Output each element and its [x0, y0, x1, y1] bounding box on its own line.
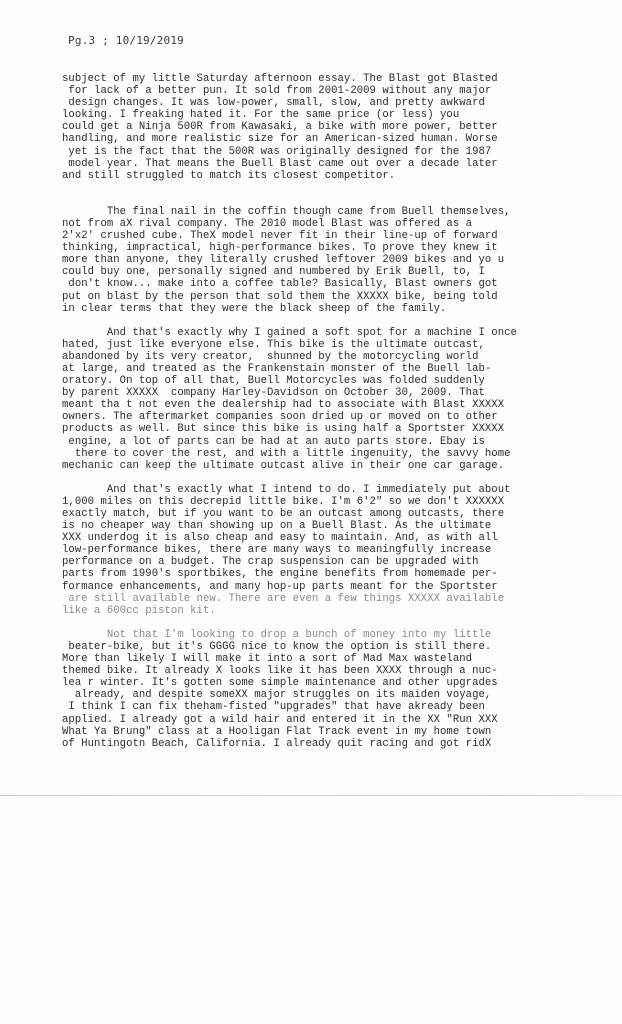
paragraph: And that's exactly what I intend to do. …: [62, 484, 622, 617]
paragraph-gap: [62, 472, 622, 484]
text-line: not from aX rival company. The 2010 mode…: [62, 218, 622, 230]
text-line: 1,000 miles on this decrepid little bike…: [62, 496, 622, 508]
text-line: abandoned by its very creator, shunned b…: [62, 351, 622, 363]
text-line: XXX underdog it is also cheap and easy t…: [62, 532, 622, 544]
text-line: for lack of a better pun. It sold from 2…: [62, 85, 622, 97]
text-line: beater-bike, but it's GGGG nice to know …: [62, 641, 622, 653]
text-line: exactly match, but if you want to be an …: [62, 508, 622, 520]
text-line: is no cheaper way than showing up on a B…: [62, 520, 622, 532]
text-line: more than anyone, they literally crushed…: [62, 254, 622, 266]
paragraph-gap: [62, 182, 622, 206]
text-line: performance on a budget. The crap suspen…: [62, 556, 622, 568]
text-line: parts from 1990's sportbikes, the engine…: [62, 568, 622, 580]
text-line: put on blast by the person that sold the…: [62, 291, 622, 303]
text-line: and still struggled to match its closest…: [62, 170, 622, 182]
text-line: by parent XXXXX company Harley-Davidson …: [62, 387, 622, 399]
text-line: applied. I already got a wild hair and e…: [62, 714, 622, 726]
text-line: there to cover the rest, and with a litt…: [62, 448, 622, 460]
text-line: owners. The aftermarket companies soon d…: [62, 411, 622, 423]
text-line: oratory. On top of all that, Buell Motor…: [62, 375, 622, 387]
text-line: And that's exactly why I gained a soft s…: [62, 327, 622, 339]
paragraph: subject of my little Saturday afternoon …: [62, 73, 622, 182]
text-line: at large, and treated as the Frankenstai…: [62, 363, 622, 375]
text-line: More than likely I will make it into a s…: [62, 653, 622, 665]
text-line: products as well. But since this bike is…: [62, 423, 622, 435]
text-line: 2'x2' crushed cube. TheX model never fit…: [62, 230, 622, 242]
text-line: And that's exactly what I intend to do. …: [62, 484, 622, 496]
text-line: yet is the fact that the 500R was origin…: [62, 146, 622, 158]
essay-body: subject of my little Saturday afternoon …: [62, 73, 622, 750]
text-line: formance enhancements, and many hop-up p…: [62, 581, 622, 593]
text-line: are still available new. There are even …: [62, 593, 622, 605]
text-line: already, and despite someXX major strugg…: [62, 689, 622, 701]
text-line: don't know... make into a coffee table? …: [62, 278, 622, 290]
text-line: looking. I freaking hated it. For the sa…: [62, 109, 622, 121]
paper-fold-line: [0, 795, 622, 796]
text-line: mechanic can keep the ultimate outcast a…: [62, 460, 622, 472]
page-number-and-date: Pg.3 ; 10/19/2019: [68, 34, 184, 47]
paragraph: The final nail in the coffin though came…: [62, 206, 622, 315]
text-line: subject of my little Saturday afternoon …: [62, 73, 622, 85]
text-line: design changes. It was low-power, small,…: [62, 97, 622, 109]
text-line: The final nail in the coffin though came…: [62, 206, 622, 218]
scanned-typewritten-page: Pg.3 ; 10/19/2019 subject of my little S…: [0, 0, 622, 1024]
text-line: What Ya Brung" class at a Hooligan Flat …: [62, 726, 622, 738]
text-line: thinking, impractical, high-performance …: [62, 242, 622, 254]
text-line: lea r winter. It's gotten some simple ma…: [62, 677, 622, 689]
text-line: engine, a lot of parts can be had at an …: [62, 436, 622, 448]
paragraph-gap: [62, 617, 622, 629]
text-line: I think I can fix theham-fisted "upgrade…: [62, 701, 622, 713]
text-line: could get a Ninja 500R from Kawasaki, a …: [62, 121, 622, 133]
text-line: handling, and more realistic size for an…: [62, 133, 622, 145]
text-line: themed bike. It already X looks like it …: [62, 665, 622, 677]
text-line: Not that I'm looking to drop a bunch of …: [62, 629, 622, 641]
text-line: in clear terms that they were the black …: [62, 303, 622, 315]
text-line: hated, just like everyone else. This bik…: [62, 339, 622, 351]
text-line: of Huntingotn Beach, California. I alrea…: [62, 738, 622, 750]
text-line: meant tha t not even the dealership had …: [62, 399, 622, 411]
paragraph: And that's exactly why I gained a soft s…: [62, 327, 622, 472]
paragraph: Not that I'm looking to drop a bunch of …: [62, 629, 622, 750]
text-line: could buy one, personally signed and num…: [62, 266, 622, 278]
text-line: like a 600cc piston kit.: [62, 605, 622, 617]
paragraph-gap: [62, 315, 622, 327]
text-line: low-performance bikes, there are many wa…: [62, 544, 622, 556]
text-line: model year. That means the Buell Blast c…: [62, 158, 622, 170]
